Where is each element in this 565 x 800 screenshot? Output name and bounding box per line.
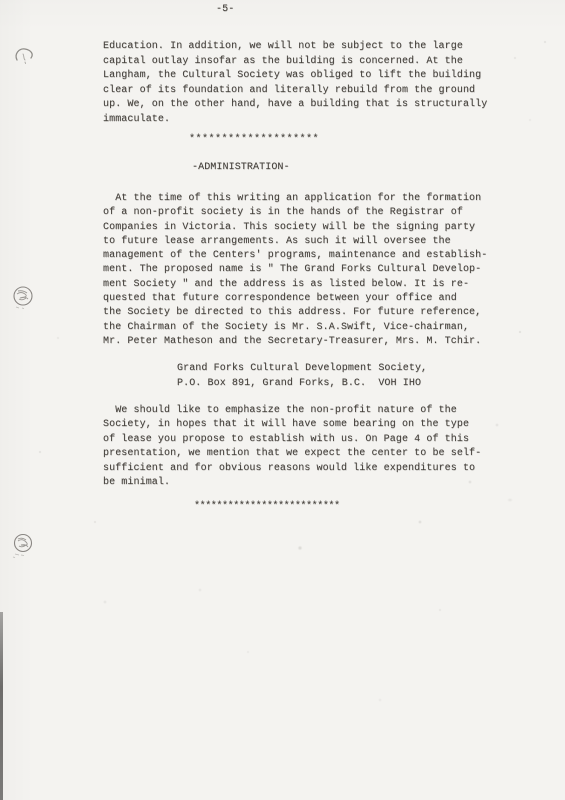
text-line: ment Society " and the address is as lis… <box>103 278 487 292</box>
paragraph-education: Education. In addition, we will not be s… <box>103 40 487 128</box>
text-line: Companies in Victoria. This society will… <box>103 221 487 235</box>
asterisk-separator-bottom: ************************** <box>194 500 340 514</box>
text-line: immaculate. <box>103 113 487 128</box>
text-line: Education. In addition, we will not be s… <box>103 40 487 55</box>
text-line: of lease you propose to establish with u… <box>103 433 481 447</box>
text-line: management of the Centers' programs, mai… <box>103 249 487 263</box>
paragraph-administration: At the time of this writing an applicati… <box>103 192 487 349</box>
text-line: the Society be directed to this address.… <box>103 306 487 320</box>
text-line: At the time of this writing an applicati… <box>103 192 487 206</box>
section-heading-administration: -ADMINISTRATION- <box>192 161 290 175</box>
text-line: to future lease arrangements. As such it… <box>103 235 487 249</box>
text-line: presentation, we mention that we expect … <box>103 447 481 461</box>
page-edge-shadow <box>0 612 3 800</box>
pen-scribble-circle-icon <box>10 283 36 311</box>
text-line: of a non-profit society is in the hands … <box>103 206 487 220</box>
text-line: be minimal. <box>103 476 481 490</box>
text-line: ment. The proposed name is " The Grand F… <box>103 263 487 277</box>
text-line: P.O. Box 891, Grand Forks, B.C. VOH IHO <box>177 377 427 392</box>
text-line: Society, in hopes that it will have some… <box>103 418 481 432</box>
text-line: capital outlay insofar as the building i… <box>103 55 487 70</box>
pen-arc-mark-icon <box>13 45 37 71</box>
scanned-document-page: -5- Education. In addition, we will not … <box>0 0 565 800</box>
text-line: Mr. Peter Matheson and the Secretary-Tre… <box>103 335 487 349</box>
text-line: Grand Forks Cultural Development Society… <box>177 362 427 377</box>
address-block: Grand Forks Cultural Development Society… <box>177 362 427 391</box>
pen-scribble-circle-icon <box>10 531 36 559</box>
text-line: the Chairman of the Society is Mr. S.A.S… <box>103 321 487 335</box>
text-line: quested that future correspondence betwe… <box>103 292 487 306</box>
page-number: -5- <box>216 3 234 17</box>
asterisk-separator-top: ******************** <box>189 133 319 147</box>
text-line: up. We, on the other hand, have a buildi… <box>103 98 487 113</box>
text-line: Langham, the Cultural Society was oblige… <box>103 69 487 84</box>
text-line: sufficient and for obvious reasons would… <box>103 462 481 476</box>
text-line: We should like to emphasize the non-prof… <box>103 404 481 418</box>
text-line: clear of its foundation and literally re… <box>103 84 487 99</box>
paragraph-nonprofit: We should like to emphasize the non-prof… <box>103 404 481 490</box>
